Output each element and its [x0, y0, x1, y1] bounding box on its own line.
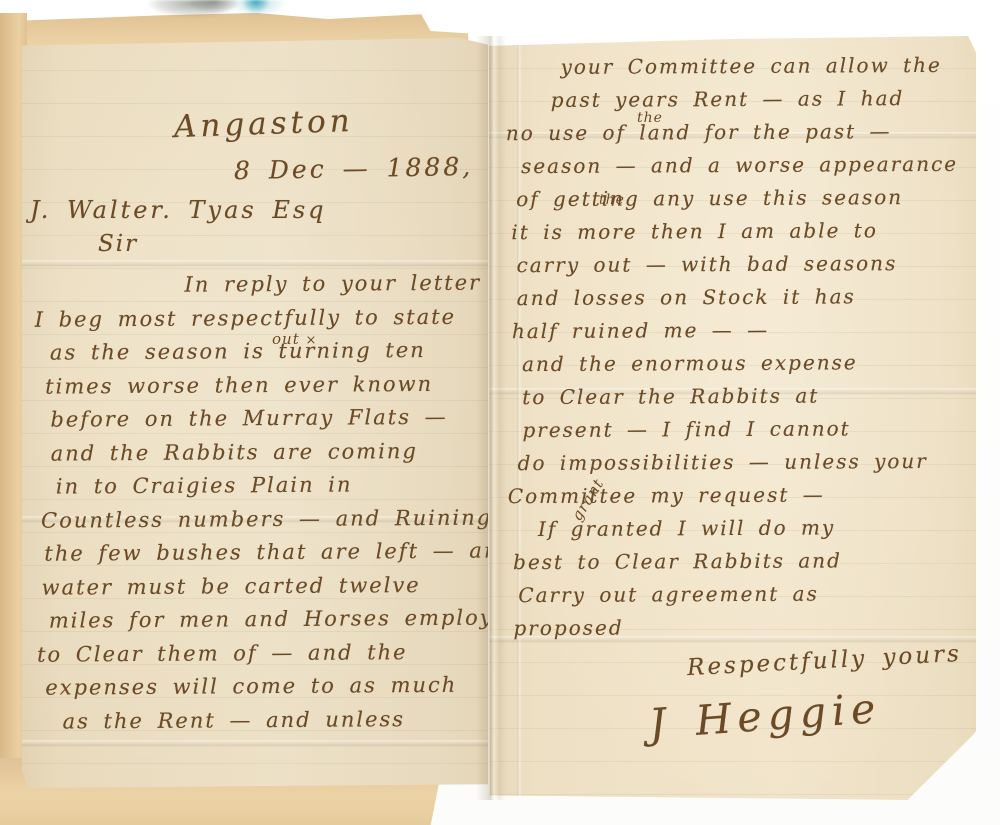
letter-line: Carry out agreement as — [508, 577, 960, 612]
letter-line: it is more then I am able to — [506, 214, 958, 249]
letter-line: times worse then ever known — [35, 367, 522, 404]
letter-line: do impossibilities — unless your — [508, 445, 960, 480]
insertion-caret-mark: × — [306, 333, 318, 348]
letter-line: Countless numbers — and Ruining — [36, 501, 523, 538]
smudge-mark-gray — [188, 0, 240, 14]
letter-line: before on the Murray Flats — — [35, 400, 522, 437]
insertion-word-the: the — [599, 192, 625, 208]
letter-recipient: J. Walter. Tyas Esq — [30, 196, 327, 224]
letter-line: to Clear the Rabbits at — [507, 379, 959, 414]
letter-line: proposed — [508, 610, 960, 645]
insertion-word-out: out × — [272, 330, 317, 348]
letter-date: 8 Dec — 1888, — [234, 152, 474, 185]
scanned-letter: Angaston 8 Dec — 1888, J. Walter. Tyas E… — [0, 0, 1000, 825]
letter-line: present — I find I cannot — [507, 412, 959, 447]
letter-line: the few bushes that are left — and — [36, 534, 523, 571]
letter-line: water must be carted twelve — [36, 568, 523, 605]
letter-line: in to Craigies Plain in — [36, 467, 523, 504]
letter-line: as the Rent — and unless — [37, 702, 524, 739]
letter-signature: J Heggie — [648, 684, 883, 748]
letter-line: past years Rent — as I had — [506, 82, 958, 117]
letter-line: and losses on Stock it has — [507, 280, 959, 315]
letter-closing: Respectfully yours — [687, 641, 963, 681]
letter-line: to Clear them of — and the — [37, 635, 524, 672]
insertion-out-text: out — [272, 330, 300, 348]
insertion-word-the: the — [637, 110, 663, 126]
letter-line: carry out — with bad seasons — [506, 247, 958, 282]
letter-line: miles for men and Horses employed — [37, 601, 524, 638]
letter-place: Angaston — [173, 103, 354, 145]
letter-line: and the Rabbits are coming — [36, 434, 523, 471]
letter-line: half ruined me — — — [507, 313, 959, 348]
smudge-mark-teal — [243, 0, 269, 13]
letter-line: expenses will come to as much — [37, 668, 524, 705]
letter-line: best to Clear Rabbits and — [508, 544, 960, 579]
letter-line: season — and a worse appearance — [506, 148, 958, 183]
letter-line: and the enormous expense — [507, 346, 959, 381]
letter-line: In reply to your letter — [34, 266, 521, 303]
letter-body-right: your Committee can allow the past years … — [505, 49, 960, 645]
fold-crease — [22, 260, 488, 267]
letter-line: your Committee can allow the — [505, 49, 957, 84]
letter-line: no use of land for the past — — [506, 115, 958, 150]
letter-line: of getting any use this season — [506, 181, 958, 216]
fold-crease — [22, 740, 488, 747]
letter-page-right: your Committee can allow the past years … — [487, 36, 976, 800]
letter-page-left: Angaston 8 Dec — 1888, J. Walter. Tyas E… — [22, 38, 488, 788]
letter-salutation: Sir — [98, 231, 138, 257]
